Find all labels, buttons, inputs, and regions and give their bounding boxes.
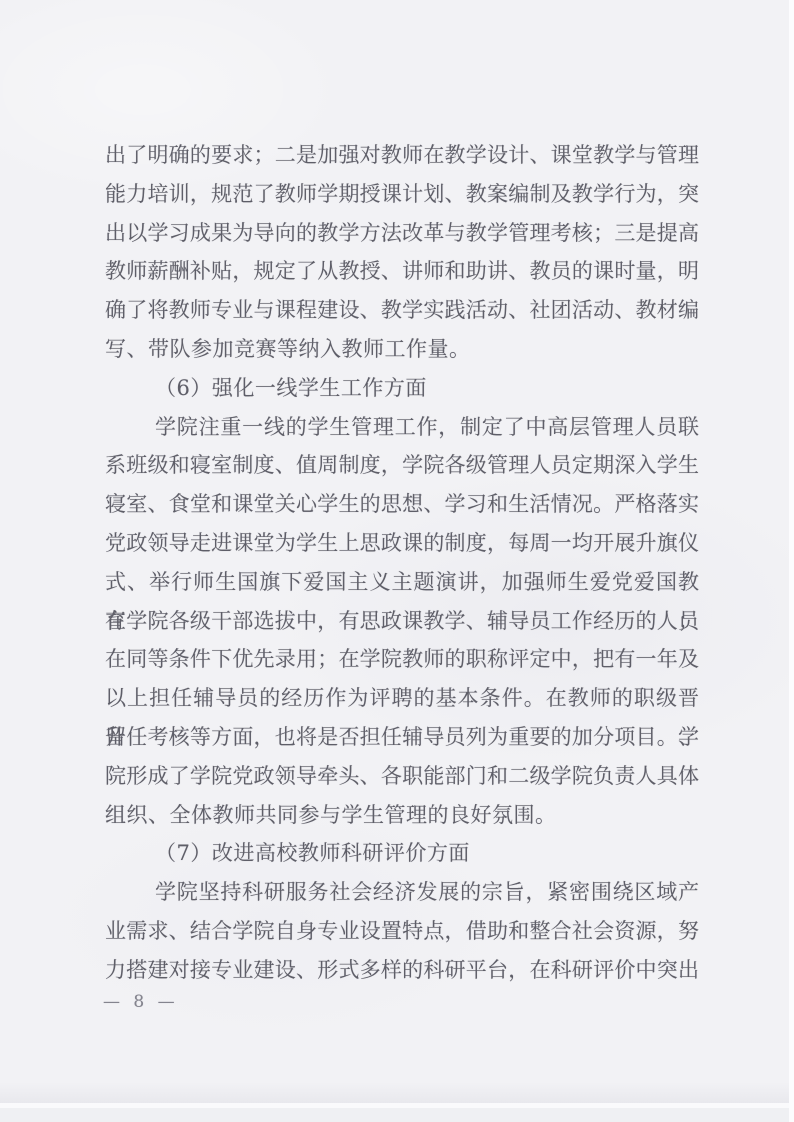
text-line: 组织、全体教师共同参与学生管理的良好氛围。 — [105, 796, 699, 835]
text-line: 出以学习成果为导向的教学方法改革与教学管理考核；三是提高 — [105, 214, 699, 253]
text-line: 党政领导走进课堂为学生上思政课的制度，每周一均开展升旗仪 — [105, 524, 699, 563]
text-line: 力搭建对接专业建设、形式多样的科研平台，在科研评价中突出 — [105, 951, 699, 990]
scan-bottom-shadow — [0, 1082, 794, 1104]
scan-right-paper-edge — [789, 0, 794, 1122]
scan-below-edge-area — [0, 1108, 794, 1122]
text-line: 留任考核等方面，也将是否担任辅导员列为重要的加分项目。学 — [105, 718, 699, 757]
text-line: 确了将教师专业与课程建设、教学实践活动、社团活动、教材编 — [105, 291, 699, 330]
page-number: — 8 — — [103, 992, 179, 1012]
text-line: （7）改进高校教师科研评价方面 — [105, 834, 699, 873]
text-line: 能力培训，规范了教师学期授课计划、教案编制及教学行为，突 — [105, 175, 699, 214]
document-text-block: 出了明确的要求；二是加强对教师在教学设计、课堂教学与管理能力培训，规范了教师学期… — [105, 136, 699, 990]
text-line: 院形成了学院党政领导牵头、各职能部门和二级学院负责人具体 — [105, 757, 699, 796]
text-line: 学院坚持科研服务社会经济发展的宗旨，紧密围绕区域产 — [105, 873, 699, 912]
text-line: 业需求、结合学院自身专业设置特点，借助和整合社会资源，努 — [105, 912, 699, 951]
text-line: 以上担任辅导员的经历作为评聘的基本条件。在教师的职级晋升、 — [105, 679, 699, 718]
scanned-document-page: 出了明确的要求；二是加强对教师在教学设计、课堂教学与管理能力培训，规范了教师学期… — [0, 0, 794, 1122]
text-line: 式、举行师生国旗下爱国主义主题演讲，加强师生爱党爱国教育； — [105, 563, 699, 602]
text-line: 写、带队参加竞赛等纳入教师工作量。 — [105, 330, 699, 369]
text-line: 寝室、食堂和课堂关心学生的思想、学习和生活情况。严格落实 — [105, 485, 699, 524]
text-line: 在学院各级干部选拔中，有思政课教学、辅导员工作经历的人员 — [105, 602, 699, 641]
text-line: 学院注重一线的学生管理工作，制定了中高层管理人员联 — [105, 408, 699, 447]
text-line: （6）强化一线学生工作方面 — [105, 369, 699, 408]
text-line: 系班级和寝室制度、值周制度，学院各级管理人员定期深入学生 — [105, 446, 699, 485]
text-line: 在同等条件下优先录用；在学院教师的职称评定中，把有一年及 — [105, 640, 699, 679]
text-line: 教师薪酬补贴，规定了从教授、讲师和助讲、教员的课时量，明 — [105, 252, 699, 291]
text-line: 出了明确的要求；二是加强对教师在教学设计、课堂教学与管理 — [105, 136, 699, 175]
